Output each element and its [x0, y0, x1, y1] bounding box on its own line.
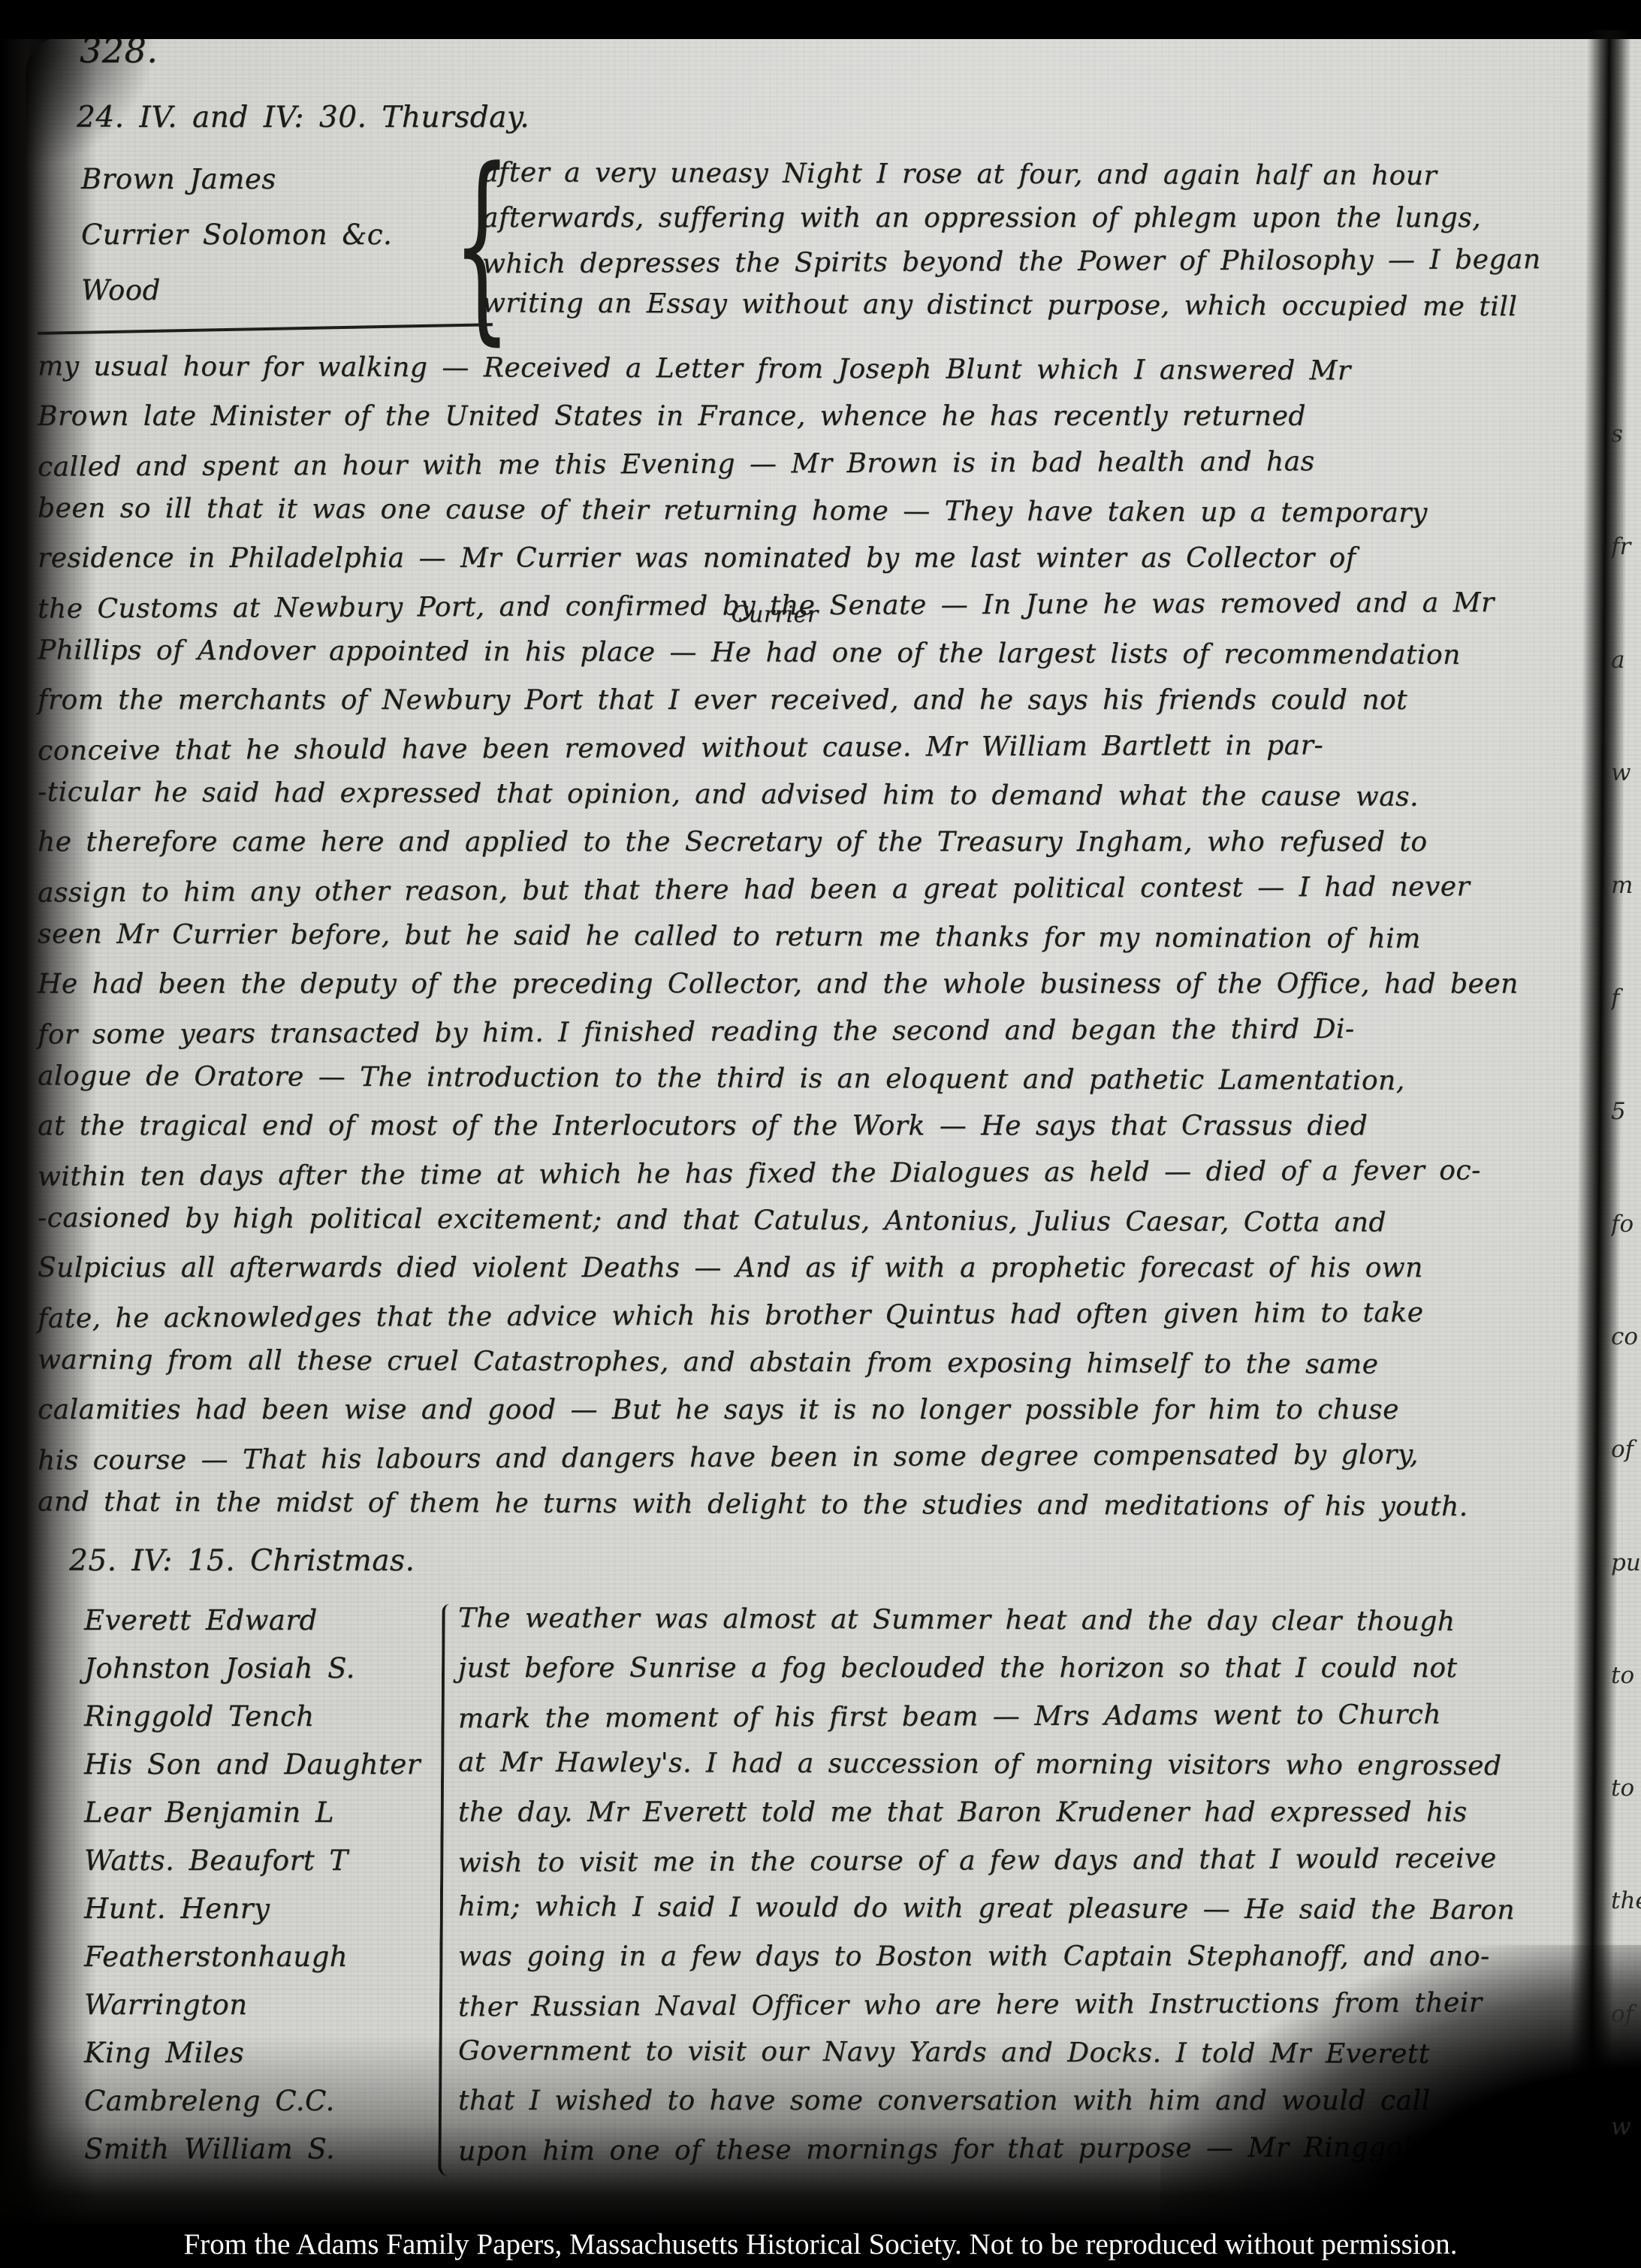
- margin-name: King Miles: [84, 2029, 440, 2077]
- margin-name: Currier Solomon &c.: [81, 207, 442, 263]
- diary-line: been so ill that it was one cause of the…: [38, 484, 1614, 537]
- page-edge-fragment: to: [1611, 1662, 1641, 1689]
- page-edge-fragment: 5: [1611, 1098, 1641, 1125]
- interlinear-insertion: Currier: [732, 604, 819, 626]
- entry-25-margin-names: Everett EdwardJohnston Josiah S.Ringgold…: [41, 1597, 440, 2176]
- page-edge-fragment: a: [1611, 647, 1641, 674]
- margin-name: Cambreleng C.C.: [84, 2077, 440, 2125]
- margin-name: Ringgold Tench: [84, 1693, 440, 1741]
- diary-line: fate, he acknowledges that the advice wh…: [38, 1288, 1614, 1342]
- diary-line: upon him one of these mornings for that …: [458, 2123, 1614, 2176]
- diary-line: alogue de Oratore — The introduction to …: [38, 1052, 1614, 1105]
- entry-24-top-block: Brown JamesCurrier Solomon &c.Wood { aft…: [42, 152, 1611, 338]
- facing-page-text-fragments: sfrawmf5focoofputototheofw: [1611, 421, 1641, 2140]
- diary-line: mark the moment of his first beam — Mrs …: [458, 1690, 1614, 1744]
- page-edge-fragment: of: [1611, 2001, 1641, 2028]
- diary-line: assign to him any other reason, but that…: [38, 862, 1614, 916]
- page-edge-fragment: w: [1611, 759, 1641, 786]
- page-edge-fragment: to: [1611, 1775, 1641, 1802]
- diary-line: ther Russian Naval Officer who are here …: [458, 1979, 1614, 2032]
- diary-line: -casioned by high political excitement; …: [38, 1194, 1614, 1247]
- margin-name: Brown James: [81, 152, 442, 207]
- entry-25-block: Everett EdwardJohnston Josiah S.Ringgold…: [41, 1597, 1614, 2176]
- diary-line: at the tragical end of most of the Inter…: [38, 1102, 1614, 1150]
- diary-line: after a very uneasy Night I rose at four…: [482, 151, 1611, 198]
- margin-name: Smith William S.: [84, 2125, 440, 2173]
- entry-25-heading: 25. IV: 15. Christmas.: [69, 1544, 415, 1578]
- scanned-diary-page: { "page": { "number": "328.", "month_hea…: [0, 0, 1641, 2268]
- diary-line: the Customs at Newbury Port, and confirm…: [38, 578, 1614, 632]
- margin-name: Hunt. Henry: [84, 1885, 440, 1933]
- diary-line: wish to visit me in the course of a few …: [458, 1835, 1614, 1888]
- margin-name: Wood: [81, 263, 442, 318]
- diary-line: my usual hour for walking — Received a L…: [38, 342, 1614, 395]
- page-edge-fragment: pu: [1611, 1549, 1641, 1576]
- diary-line: The weather was almost at Summer heat an…: [458, 1594, 1614, 1646]
- entry-24-margin-names: Brown JamesCurrier Solomon &c.Wood: [42, 152, 442, 338]
- margin-name: Lear Benjamin L: [84, 1789, 440, 1837]
- entry-24-body: my usual hour for walking — Received a L…: [38, 345, 1614, 1528]
- entry-25-brace-line: [438, 1604, 460, 2176]
- diary-line: the day. Mr Everett told me that Baron K…: [458, 1789, 1614, 1837]
- margin-name: Johnston Josiah S.: [84, 1645, 440, 1693]
- margin-name: Warrington: [84, 1981, 440, 2029]
- footer-credit: From the Adams Family Papers, Massachuse…: [0, 2224, 1641, 2268]
- diary-line: calamities had been wise and good — But …: [38, 1386, 1614, 1434]
- entry-25-body: The weather was almost at Summer heat an…: [458, 1597, 1614, 2176]
- margin-name: Everett Edward: [84, 1597, 440, 1645]
- diary-line: called and spent an hour with me this Ev…: [38, 436, 1614, 490]
- diary-line: that I wished to have some conversation …: [458, 2077, 1614, 2125]
- page-edge-fragment: s: [1611, 421, 1641, 448]
- diary-line: afterwards, suffering with an oppression…: [482, 197, 1611, 240]
- diary-line: just before Sunrise a fog beclouded the …: [458, 1645, 1614, 1693]
- page-edge-fragment: fo: [1611, 1211, 1641, 1238]
- page-edge-fragment: of: [1611, 1436, 1641, 1463]
- diary-line: seen Mr Currier before, but he said he c…: [38, 910, 1614, 963]
- margin-name: Watts. Beaufort T: [84, 1837, 440, 1885]
- page-edge-fragment: the: [1611, 1887, 1641, 1914]
- diary-line: warning from all these cruel Catastrophe…: [38, 1336, 1614, 1389]
- diary-line: from the merchants of Newbury Port that …: [38, 677, 1614, 724]
- diary-line: his course — That his labours and danger…: [38, 1430, 1614, 1484]
- diary-line: residence in Philadelphia — Mr Currier w…: [38, 535, 1614, 582]
- page-edge-fragment: m: [1611, 872, 1641, 899]
- diary-line: -ticular he said had expressed that opin…: [38, 768, 1614, 821]
- diary-line: was going in a few days to Boston with C…: [458, 1933, 1614, 1981]
- diary-line: and that in the midst of them he turns w…: [38, 1478, 1614, 1531]
- page-edge-fragment: f: [1611, 985, 1641, 1012]
- diary-line: him; which I said I would do with great …: [458, 1883, 1614, 1935]
- diary-line: which depresses the Spirits beyond the P…: [482, 238, 1611, 287]
- diary-line: Brown late Minister of the United States…: [38, 393, 1614, 440]
- diary-line: within ten days after the time at which …: [38, 1146, 1614, 1200]
- month-header: December 1829.: [0, 3, 1581, 44]
- margin-name: His Son and Daughter: [84, 1741, 440, 1789]
- diary-line: Sulpicius all afterwards died violent De…: [38, 1244, 1614, 1292]
- diary-line: conceive that he should have been remove…: [38, 720, 1614, 774]
- page-edge-fragment: w: [1611, 2113, 1641, 2140]
- entry-24-opening-lines: after a very uneasy Night I rose at four…: [482, 152, 1611, 338]
- diary-line: writing an Essay without any distinct pu…: [482, 282, 1611, 329]
- margin-name: Featherstonhaugh: [84, 1933, 440, 1981]
- diary-line: Government to visit our Navy Yards and D…: [458, 2027, 1614, 2079]
- diary-line: for some years transacted by him. I fini…: [38, 1004, 1614, 1058]
- page-edge-fragment: co: [1611, 1323, 1641, 1350]
- diary-line: He had been the deputy of the preceding …: [38, 961, 1614, 1008]
- page-edge-fragment: fr: [1611, 533, 1641, 560]
- diary-line: at Mr Hawley's. I had a succession of mo…: [458, 1739, 1614, 1790]
- entry-24-brace: {: [453, 152, 471, 338]
- diary-line: Phillips of Andover appointed in his pla…: [38, 626, 1614, 679]
- diary-line: he therefore came here and applied to th…: [38, 819, 1614, 866]
